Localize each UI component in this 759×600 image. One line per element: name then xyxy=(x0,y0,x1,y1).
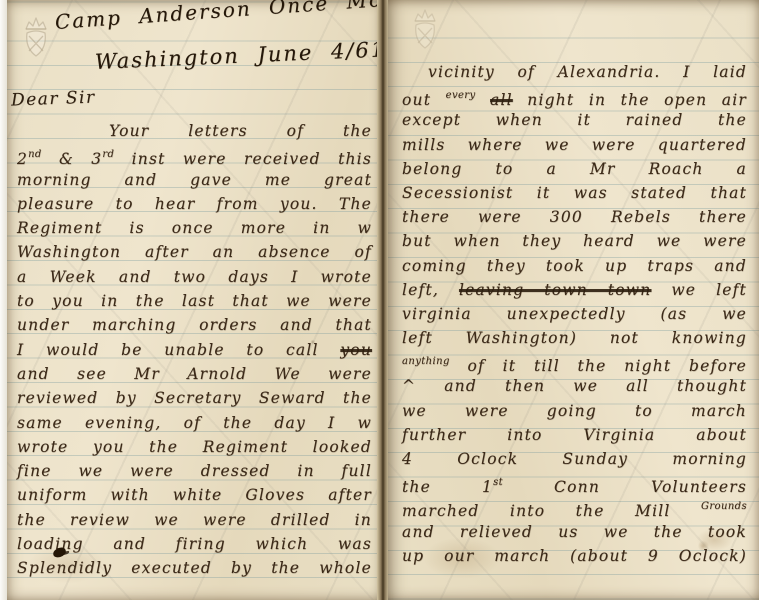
letter-scan: Camp Anderson Once More Washington June … xyxy=(0,0,759,600)
embossed-crown-shield-seal-icon xyxy=(403,6,447,66)
letter-line: 2nd & 3rd inst were received this xyxy=(17,143,372,167)
letter-line: to you in the last that we were xyxy=(17,289,372,313)
letter-line: left Washington) not knowing xyxy=(402,326,747,350)
letter-line: uniform with white Gloves after xyxy=(17,483,372,507)
letter-heading-place: Camp Anderson Once More xyxy=(54,0,409,34)
letter-body-left: Your letters of the2nd & 3rd inst were r… xyxy=(17,119,372,581)
letter-salutation: Dear Sir xyxy=(11,88,96,111)
letter-line: and see Mr Arnold We were xyxy=(17,362,372,386)
letter-line: 4 Oclock Sunday morning xyxy=(402,447,747,471)
letter-line: there were 300 Rebels there xyxy=(402,205,747,229)
letter-line: Regiment is once more in w xyxy=(17,216,372,240)
letter-line: Splendidly executed by the whole xyxy=(17,556,372,580)
letter-line: out every all night in the open air xyxy=(402,84,747,108)
letter-line: the 1st Conn Volunteers xyxy=(402,471,747,495)
letter-line: vicinity of Alexandria. I laid xyxy=(402,60,747,84)
letter-line: except when it rained the xyxy=(402,108,747,132)
letter-body-right: vicinity of Alexandria. I laidout every … xyxy=(402,60,747,568)
letter-line: ^ and then we all thought xyxy=(402,374,747,398)
letter-line: same evening, of the day I w xyxy=(17,411,372,435)
letter-page-right: vicinity of Alexandria. I laidout every … xyxy=(388,0,759,600)
scan-edge xyxy=(0,0,7,600)
letter-line: anything of it till the night before xyxy=(402,350,747,374)
letter-line: pleasure to hear from you. The xyxy=(17,192,372,216)
letter-line: left, leaving town town we left xyxy=(402,278,747,302)
letter-line: belong to a Mr Roach a xyxy=(402,157,747,181)
letter-line: Your letters of the xyxy=(17,119,372,143)
letter-line: the review we were drilled in xyxy=(17,508,372,532)
letter-line: up our march (about 9 Oclock) xyxy=(402,544,747,568)
letter-line: coming they took up traps and xyxy=(402,254,747,278)
letter-line: fine we were dressed in full xyxy=(17,459,372,483)
letter-line: virginia unexpectedly (as we xyxy=(402,302,747,326)
letter-line: further into Virginia about xyxy=(402,423,747,447)
letter-line: marched into the Mill Grounds xyxy=(402,495,747,519)
embossed-crown-shield-seal-icon xyxy=(14,14,58,74)
letter-line: under marching orders and that xyxy=(17,313,372,337)
letter-page-left: Camp Anderson Once More Washington June … xyxy=(7,0,380,600)
letter-line: we were going to march xyxy=(402,399,747,423)
letter-line: morning and gave me great xyxy=(17,168,372,192)
letter-line: wrote you the Regiment looked xyxy=(17,435,372,459)
letter-line: Washington after an absence of xyxy=(17,240,372,264)
letter-line: and relieved us we the took xyxy=(402,520,747,544)
letter-line: I would be unable to call you xyxy=(17,338,372,362)
letter-line: mills where we were quartered xyxy=(402,133,747,157)
letter-line: but when they heard we were xyxy=(402,229,747,253)
letter-line: reviewed by Secretary Seward the xyxy=(17,386,372,410)
letter-heading-date: Washington June 4/61 xyxy=(94,37,386,74)
letter-line: Secessionist it was stated that xyxy=(402,181,747,205)
letter-line: a Week and two days I wrote xyxy=(17,265,372,289)
letter-line: loading and firing which was xyxy=(17,532,372,556)
